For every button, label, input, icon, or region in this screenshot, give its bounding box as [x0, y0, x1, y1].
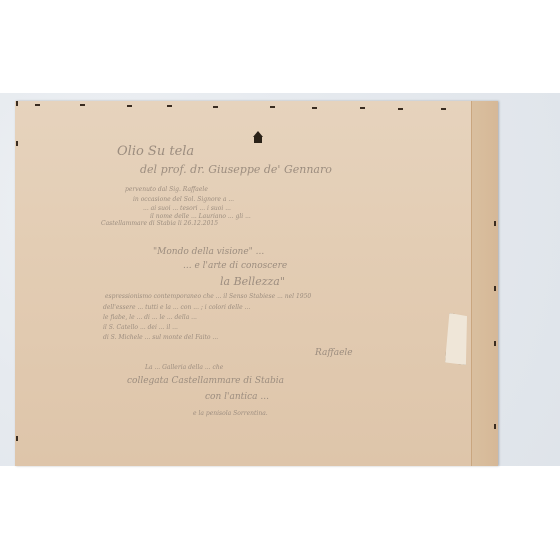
- inscription-line: "Mondo della visione" ...: [153, 247, 264, 257]
- frame-nail: [270, 106, 275, 108]
- frame-nail: [16, 141, 18, 146]
- frame-nail: [494, 424, 496, 429]
- inscription-line: Castellammare di Stabia li 26.12.2015: [101, 220, 218, 227]
- frame-nail: [398, 108, 403, 110]
- frame-nail: [35, 104, 40, 106]
- inscription-line: e la penisola Sorrentina.: [193, 410, 268, 417]
- frame-nail: [441, 108, 446, 110]
- inscription-line: in occasione del Sol. Signore a ...: [133, 196, 234, 203]
- inscription-line: ... e l'arte di conoscere: [183, 261, 287, 271]
- inscription-line: con l'antica ...: [205, 392, 269, 402]
- frame-nail: [127, 105, 132, 107]
- inscription-line: la Bellezza": [220, 275, 285, 288]
- frame-nail: [494, 341, 496, 346]
- inscription-line: La ... Galleria della ... che: [145, 364, 223, 371]
- inscription-line: il nome delle ... Lauriano ... gli ...: [150, 213, 251, 220]
- inscription-line: le fiabe, le ... di ... le ... della ...: [103, 314, 197, 321]
- frame-nail: [167, 105, 172, 107]
- inscription-line: ... ai suoi ... tesori ... i suoi ...: [143, 205, 231, 212]
- frame-nail: [16, 101, 18, 106]
- frame-nail: [312, 107, 317, 109]
- inscription-signature: Raffaele: [315, 348, 353, 358]
- inscription-line: dell'essere ... tutti e la ... con ... ;…: [103, 304, 250, 311]
- inscription-line: del prof. dr. Giuseppe de' Gennaro: [140, 163, 332, 176]
- frame-nail: [494, 286, 496, 291]
- frame-nail: [494, 221, 496, 226]
- frame-nail: [80, 104, 85, 106]
- inscription-line: espressionismo contemporaneo che ... il …: [105, 293, 311, 300]
- inscription-line: collegata Castellammare di Stabia: [127, 376, 284, 386]
- inscription-line: di S. Michele ... sul monte del Faito ..…: [103, 334, 218, 341]
- painting-back-board: Olio Su tela del prof. dr. Giuseppe de' …: [15, 101, 498, 466]
- hanger-hook-icon: [253, 131, 263, 137]
- peeling-paper: [445, 313, 467, 365]
- water-stain-edge: [471, 101, 498, 466]
- inscription-line: Olio Su tela: [117, 144, 194, 159]
- frame-nail: [360, 107, 365, 109]
- inscription-line: il S. Catello ... dei ... il ...: [103, 324, 178, 331]
- inscription-line: pervenuto dal Sig. Raffaele: [125, 186, 208, 193]
- frame-nail: [16, 436, 18, 441]
- frame-nail: [213, 106, 218, 108]
